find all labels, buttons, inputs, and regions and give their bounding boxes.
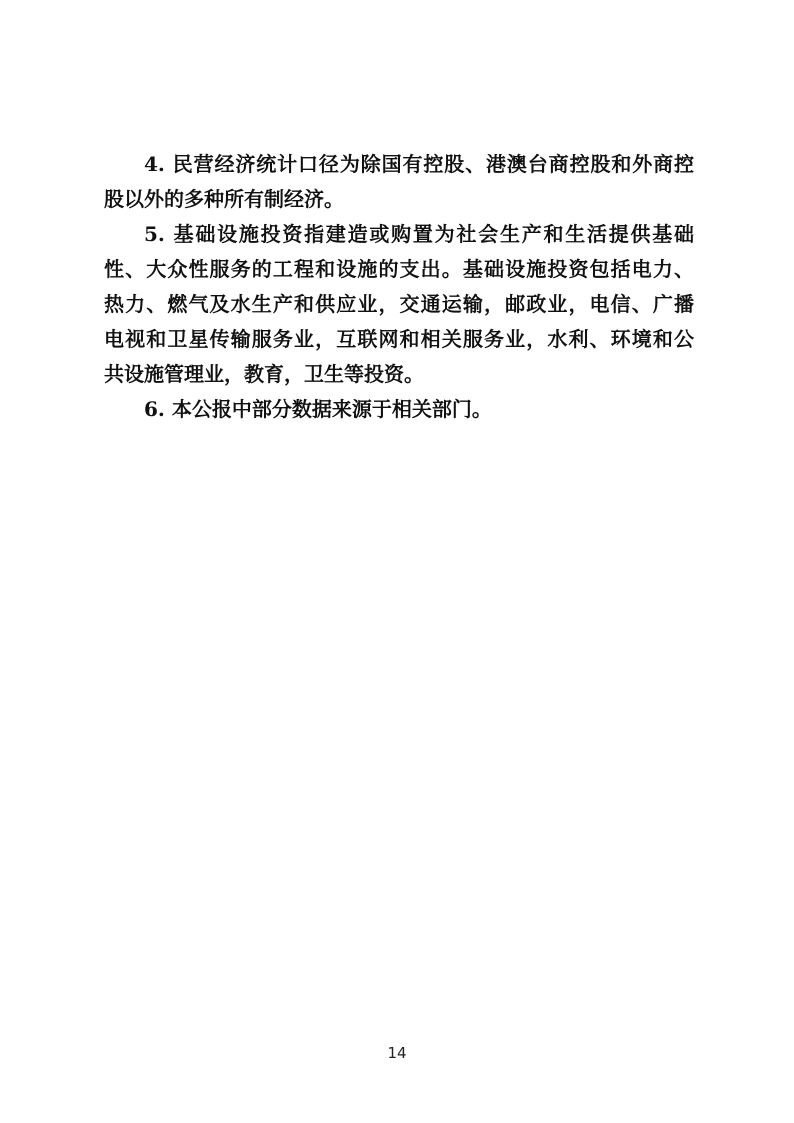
paragraph-line: 股以外的多种所有制经济。 [104,182,694,217]
paragraph-line: 6. 本公报中部分数据来源于相关部门。 [104,392,694,427]
notes-body: 4. 民营经济统计口径为除国有控股、港澳台商控股和外商控 股以外的多种所有制经济… [104,147,694,427]
note-paragraph-4: 4. 民营经济统计口径为除国有控股、港澳台商控股和外商控 股以外的多种所有制经济… [104,147,694,217]
paragraph-line: 性、大众性服务的工程和设施的支出。基础设施投资包括电力、 [104,252,694,287]
document-page: 4. 民营经济统计口径为除国有控股、港澳台商控股和外商控 股以外的多种所有制经济… [0,0,794,1123]
paragraph-line: 4. 民营经济统计口径为除国有控股、港澳台商控股和外商控 [104,147,694,182]
paragraph-line: 共设施管理业，教育，卫生等投资。 [104,357,694,392]
paragraph-line: 热力、燃气及水生产和供应业，交通运输，邮政业，电信、广播 [104,287,694,322]
paragraph-line: 5. 基础设施投资指建造或购置为社会生产和生活提供基础 [104,217,694,252]
page-number: 14 [0,1044,794,1062]
note-paragraph-5: 5. 基础设施投资指建造或购置为社会生产和生活提供基础 性、大众性服务的工程和设… [104,217,694,392]
paragraph-line: 电视和卫星传输服务业，互联网和相关服务业，水利、环境和公 [104,322,694,357]
note-paragraph-6: 6. 本公报中部分数据来源于相关部门。 [104,392,694,427]
